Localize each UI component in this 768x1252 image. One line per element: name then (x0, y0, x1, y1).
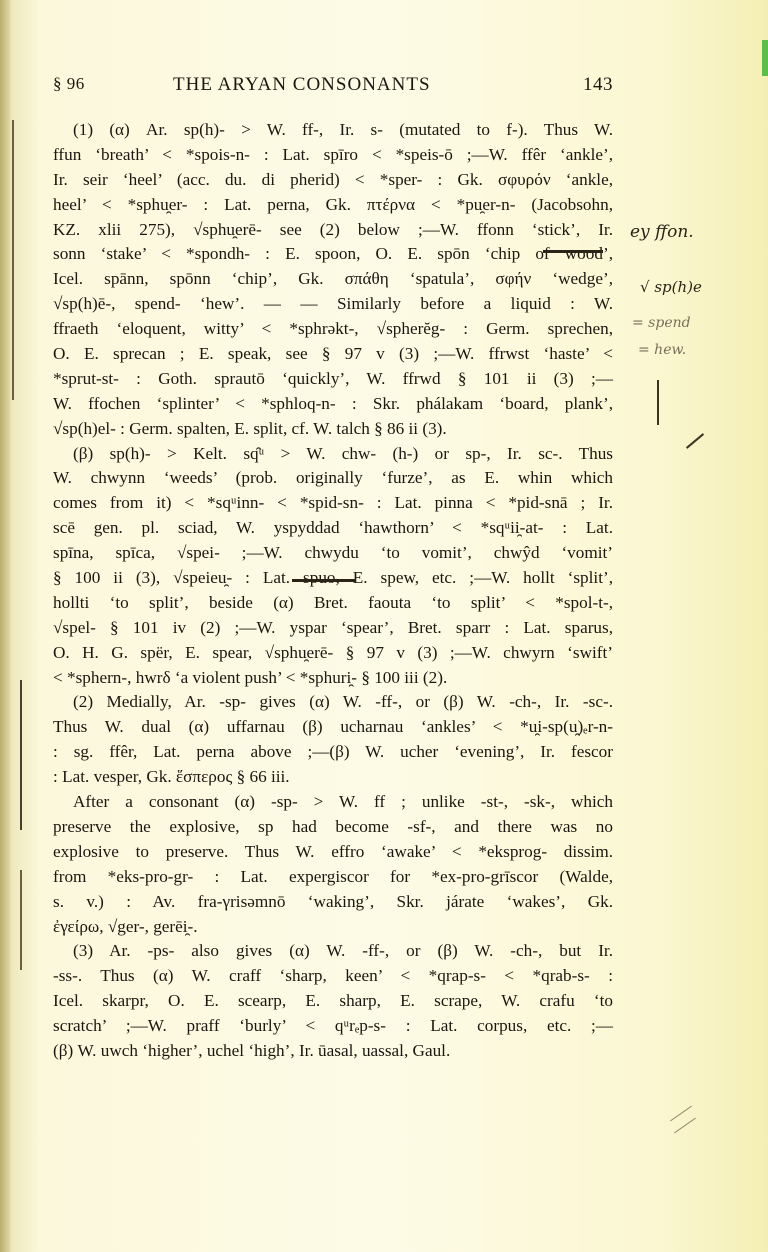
text-line: √sp(h)el- : Germ. spalten, E. split, cf.… (53, 417, 613, 442)
pencil-checkmark (670, 1106, 692, 1122)
margin-note: = spend (632, 315, 691, 331)
text-line: W. chwynn ‘weeds’ (prob. originally ‘fur… (53, 466, 613, 491)
text-line: √sp(h)ē-, spend- ‘hew’. — — Similarly be… (53, 292, 613, 317)
text-line: O. H. G. spër, E. spear, √sphu̯erē- § 97… (53, 641, 613, 666)
text-line: (β) W. uwch ‘higher’, uchel ‘high’, Ir. … (53, 1039, 613, 1064)
margin-bracket-line (12, 120, 14, 400)
running-header: § 96 THE ARYAN CONSONANTS 143 (53, 74, 613, 104)
page-binding-edge (0, 0, 10, 1252)
text-line: (2) Medially, Ar. -sp- gives (α) W. -ff-… (53, 690, 613, 715)
text-line: hollti ‘to split’, beside (α) Bret. faou… (53, 591, 613, 616)
margin-note: = hew. (638, 342, 686, 358)
text-line: √spel- § 101 iv (2) ;—W. yspar ‘spear’, … (53, 616, 613, 641)
text-line: (1) (α) Ar. sp(h)- > W. ff-, Ir. s- (mut… (53, 118, 613, 143)
text-line: s. v.) : Av. fra-γrisəmnō ‘waking’, Skr.… (53, 890, 613, 915)
text-line: (β) sp(h)- > Kelt. sq̑ᵘ > W. chw- (h-) o… (53, 442, 613, 467)
text-line: heel’ < *sphu̯er- : Lat. perna, Gk. πτέρ… (53, 193, 613, 218)
margin-checkmark (686, 433, 704, 449)
text-line: Ir. seir ‘heel’ (acc. du. di pherid) < *… (53, 168, 613, 193)
body-text: (1) (α) Ar. sp(h)- > W. ff-, Ir. s- (mut… (53, 118, 613, 1064)
strike-through-mark (292, 579, 356, 582)
pencil-checkmark (674, 1118, 696, 1134)
text-line: (3) Ar. -ps- also gives (α) W. -ff-, or … (53, 939, 613, 964)
text-line: ffun ‘breath’ < *spois-n- : Lat. spīro <… (53, 143, 613, 168)
text-line: sonn ‘stake’ < *spondh- : E. spoon, O. E… (53, 242, 613, 267)
text-line: comes from it) < *sqᵘinn- < *spid-sn- : … (53, 491, 613, 516)
margin-note: √ sp(h)e (640, 278, 702, 296)
text-line: : sg. ffêr, Lat. perna above ;—(β) W. uc… (53, 740, 613, 765)
margin-note: ey ffon. (630, 222, 694, 242)
text-line: Thus W. dual (α) uffarnau (β) ucharnau ‘… (53, 715, 613, 740)
text-line: scratch’ ;—W. praff ‘burly’ < qᵘrₑp-s- :… (53, 1014, 613, 1039)
text-line: After a consonant (α) -sp- > W. ff ; unl… (53, 790, 613, 815)
text-line: ffraeth ‘eloquent, witty’ < *sphrəkt-, √… (53, 317, 613, 342)
text-line: < *sphern-, hwrδ ‘a violent push’ < *sph… (53, 666, 613, 691)
margin-bracket-line (20, 680, 22, 830)
text-line: scē gen. pl. sciad, W. yspyddad ‘hawthor… (53, 516, 613, 541)
text-line: ἐγείρω, √ger-, gerēi̯-. (53, 915, 613, 940)
text-line: O. E. sprecan ; E. speak, see § 97 v (3)… (53, 342, 613, 367)
text-line: -ss-. Thus (α) W. craff ‘sharp, keen’ < … (53, 964, 613, 989)
text-line: Icel. spānn, spōnn ‘chip’, Gk. σπάθη ‘sp… (53, 267, 613, 292)
text-line: from *eks-pro-gr- : Lat. expergiscor for… (53, 865, 613, 890)
text-line: spīna, spīca, √spei- ;—W. chwydu ‘to vom… (53, 541, 613, 566)
text-line: explosive to preserve. Thus W. effro ‘aw… (53, 840, 613, 865)
text-line: W. ffochen ‘splinter’ < *sphloq-n- : Skr… (53, 392, 613, 417)
page-number: 143 (583, 74, 613, 96)
text-line: *sprut-st- : Goth. sprautō ‘quickly’, W.… (53, 367, 613, 392)
text-line: Icel. skarpr, O. E. scearp, E. sharp, E.… (53, 989, 613, 1014)
margin-bracket-line (20, 870, 22, 970)
section-number: § 96 (53, 74, 85, 94)
page-tab-marker (762, 40, 768, 76)
strike-through-mark (543, 250, 603, 253)
text-line: : Lat. vesper, Gk. ἕσπερος § 66 iii. (53, 765, 613, 790)
text-line: KZ. xlii 275), √sphu̯erē- see (2) below … (53, 218, 613, 243)
margin-vertical-mark (657, 380, 659, 425)
text-line: preserve the explosive, sp had become -s… (53, 815, 613, 840)
chapter-title: THE ARYAN CONSONANTS (173, 74, 431, 96)
